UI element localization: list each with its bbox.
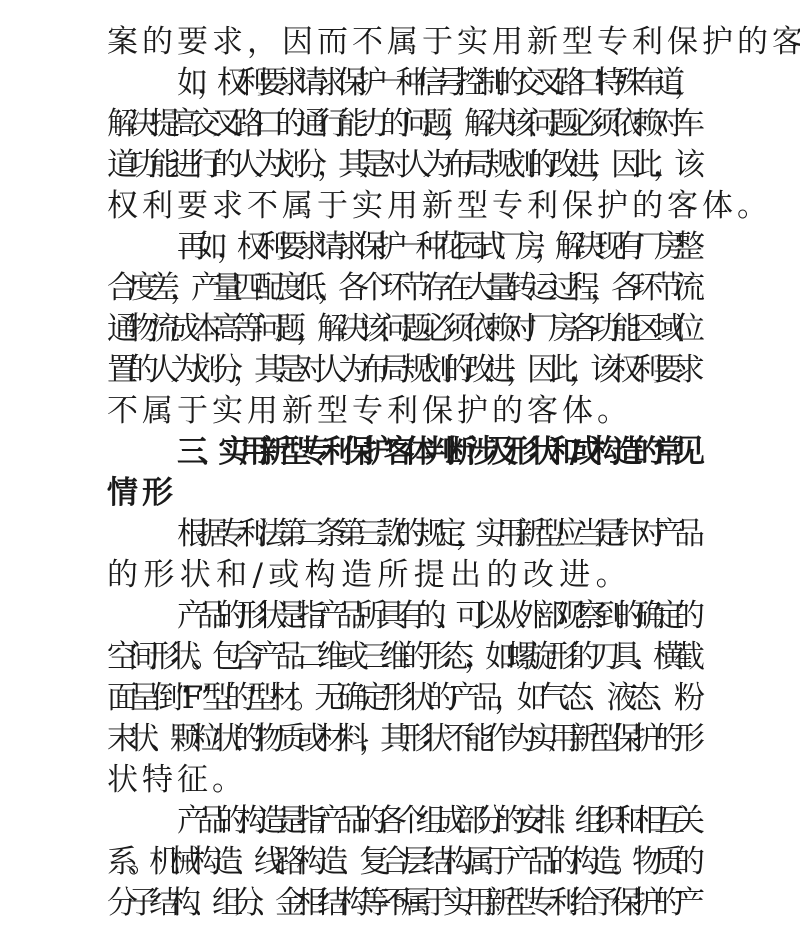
text-line: 置的人为划分，其是对人为布局规划的改进，因此，该权利要求	[107, 350, 705, 391]
line-text: 道功能进行的人为划分，其是对人为布局规划的改进，因此，该	[107, 145, 695, 186]
line-text: 权利要求不属于实用新型专利保护的客体。	[107, 186, 772, 227]
text-line: 产品的构造是指产品的各个组成部分的安排、组织和相互关	[107, 801, 705, 842]
text-line: 道功能进行的人为划分，其是对人为布局规划的改进，因此，该	[107, 145, 705, 186]
text-line: 空间形状。包含产品二维或三维的形态，如螺旋形的刀具、横截	[107, 637, 705, 678]
document-page: 案的要求，因而不属于实用新型专利保护的客体。如，权利要求请求保护一种信号控制的交…	[107, 22, 705, 924]
line-text: 情形	[107, 473, 177, 514]
text-line: 再如，权利要求请求保护一种花园式厂房，解决现有厂房整	[107, 227, 705, 268]
line-text: 合度差，产量匹配度低，各个环节存在大量转运过程，各环节流	[107, 268, 695, 309]
line-text: 不属于实用新型专利保护的客体。	[107, 391, 632, 432]
line-text: 空间形状。包含产品二维或三维的形态，如螺旋形的刀具、横截	[107, 637, 695, 678]
text-line: 产品的形状是指产品所具有的、可以从外部观察到的确定的	[107, 596, 705, 637]
line-text: 根据专利法第二条第三款的规定，实用新型应当是针对产品	[177, 514, 694, 555]
text-line: 根据专利法第二条第三款的规定，实用新型应当是针对产品	[107, 514, 705, 555]
document-body: 案的要求，因而不属于实用新型专利保护的客体。如，权利要求请求保护一种信号控制的交…	[107, 22, 705, 924]
line-text: 末状、颗粒状的物质或材料，其形状不能作为实用新型保护的形	[107, 719, 695, 760]
section-heading-line: 三、实用新型专利保护客体判断涉及形状和/或构造的常见	[107, 432, 705, 473]
page-number: — 5 —	[0, 890, 800, 913]
line-text: 解决提高交叉路口的通行能力的问题，解决该问题必须依赖对车	[107, 104, 695, 145]
text-line: 案的要求，因而不属于实用新型专利保护的客体。	[107, 22, 705, 63]
text-line: 不属于实用新型专利保护的客体。	[107, 391, 705, 432]
line-text: 面呈倒“F”型的型材。无确定形状的产品，如气态、液态、粉	[107, 678, 696, 719]
text-line: 末状、颗粒状的物质或材料，其形状不能作为实用新型保护的形	[107, 719, 705, 760]
section-heading-line: 情形	[107, 473, 705, 514]
line-text: 产品的构造是指产品的各个组成部分的安排、组织和相互关	[177, 801, 694, 842]
text-line: 通物流成本高等问题，解决该问题必须依赖对厂房各功能区域位	[107, 309, 705, 350]
text-line: 权利要求不属于实用新型专利保护的客体。	[107, 186, 705, 227]
line-text: 三、实用新型专利保护客体判断涉及形状和/或构造的常见	[177, 432, 695, 473]
text-line: 状特征。	[107, 760, 705, 801]
line-text: 产品的形状是指产品所具有的、可以从外部观察到的确定的	[177, 596, 694, 637]
text-line: 面呈倒“F”型的型材。无确定形状的产品，如气态、液态、粉	[107, 678, 705, 719]
text-line: 合度差，产量匹配度低，各个环节存在大量转运过程，各环节流	[107, 268, 705, 309]
line-text: 案的要求，因而不属于实用新型专利保护的客体。	[107, 22, 800, 63]
line-text: 再如，权利要求请求保护一种花园式厂房，解决现有厂房整	[177, 227, 694, 268]
line-text: 的形状和/或构造所提出的改进。	[107, 555, 632, 596]
line-text: 系。机械构造、线路构造、复合层结构属于产品的构造。物质的	[107, 842, 695, 883]
line-text: 置的人为划分，其是对人为布局规划的改进，因此，该权利要求	[107, 350, 695, 391]
line-text: 如，权利要求请求保护一种信号控制的交叉路口特殊车道，	[177, 63, 694, 104]
line-text: 状特征。	[107, 760, 247, 801]
line-text: 通物流成本高等问题，解决该问题必须依赖对厂房各功能区域位	[107, 309, 695, 350]
text-line: 系。机械构造、线路构造、复合层结构属于产品的构造。物质的	[107, 842, 705, 883]
text-line: 解决提高交叉路口的通行能力的问题，解决该问题必须依赖对车	[107, 104, 705, 145]
text-line: 如，权利要求请求保护一种信号控制的交叉路口特殊车道，	[107, 63, 705, 104]
text-line: 的形状和/或构造所提出的改进。	[107, 555, 705, 596]
